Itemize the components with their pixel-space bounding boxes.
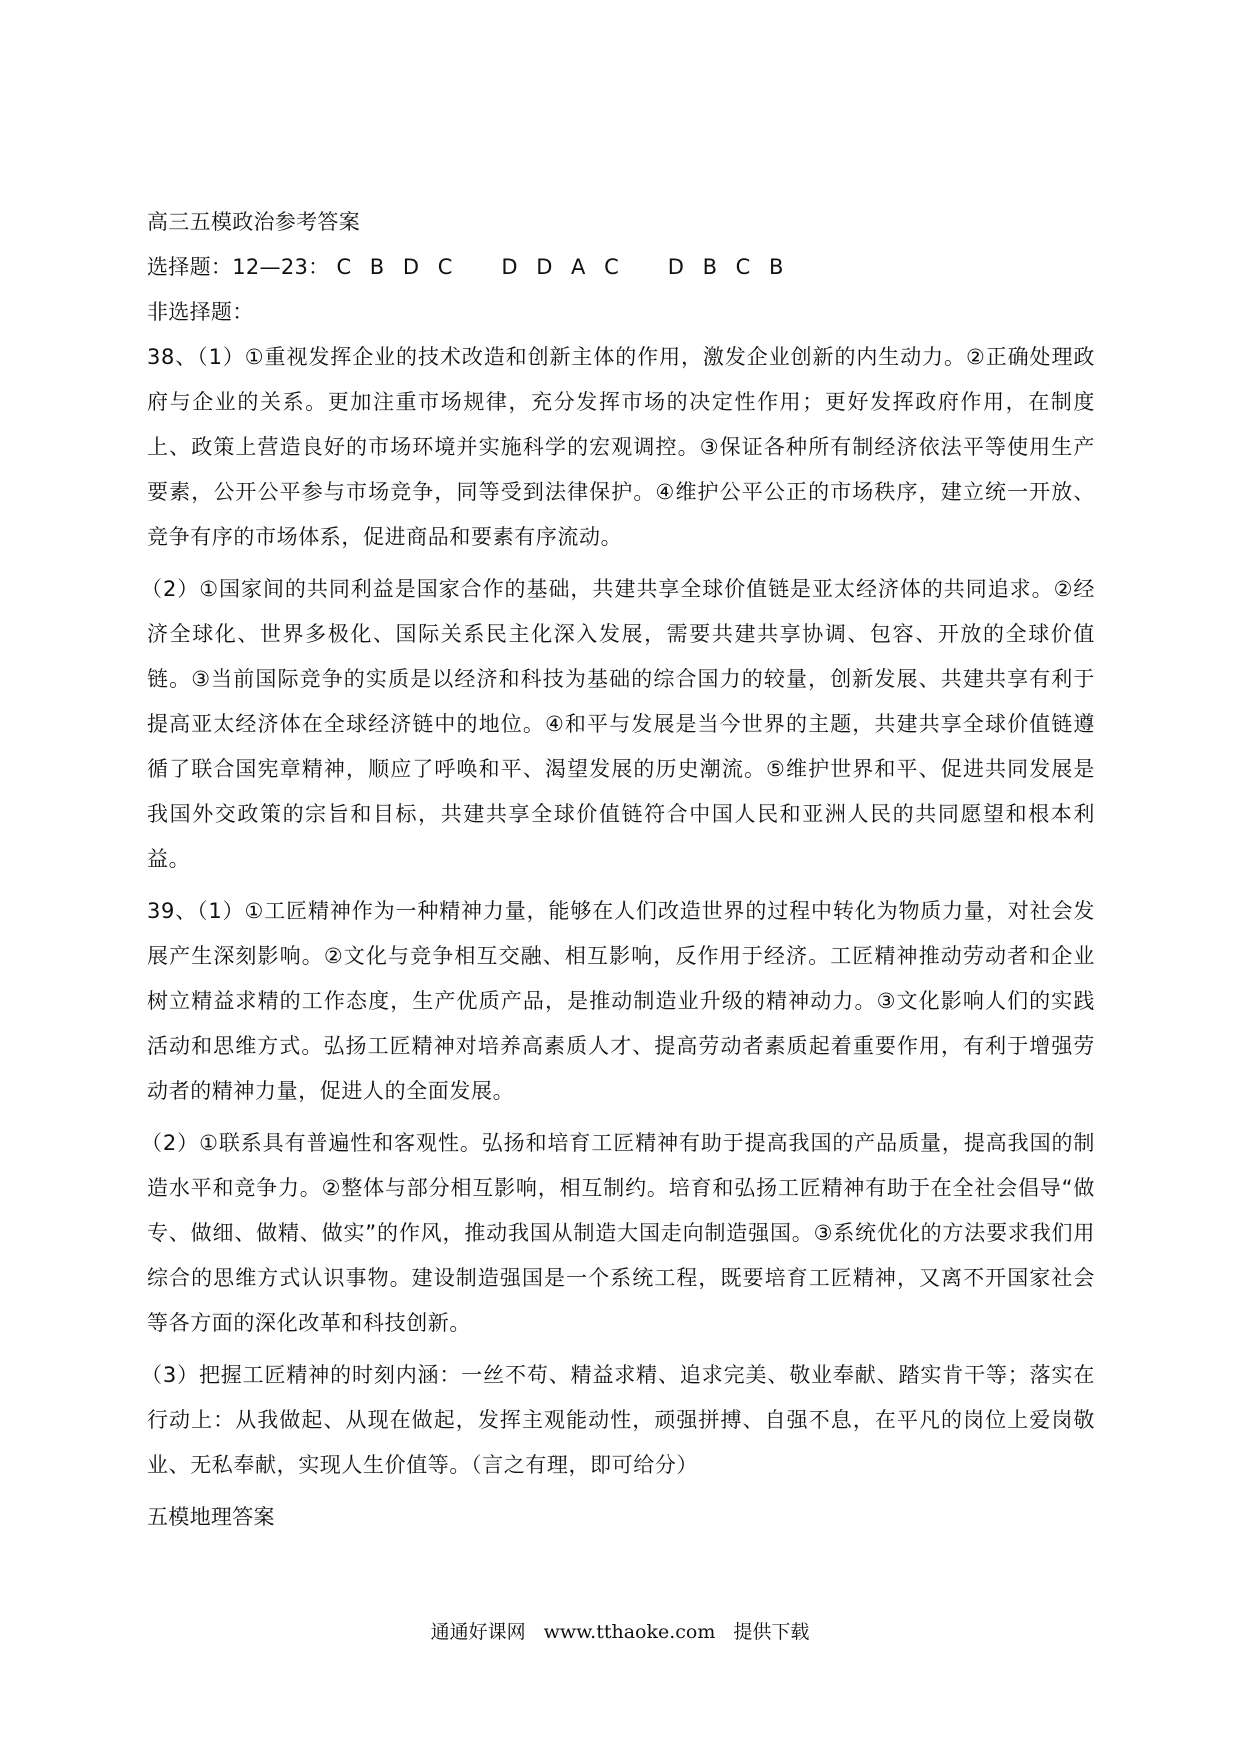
answer-document: 高三五模政治参考答案 选择题：12—23： C B D C D D A C D … <box>147 200 1095 1540</box>
choice-group-2: D D A C <box>501 255 624 279</box>
non-choice-label: 非选择题： <box>147 290 1095 335</box>
q38-part2: （2）①国家间的共同利益是国家合作的基础，共建共享全球价值链是亚太经济体的共同追… <box>147 567 1095 882</box>
footer-suffix: 提供下载 <box>733 1621 809 1643</box>
choice-answers: 选择题：12—23： C B D C D D A C D B C B <box>147 245 1095 290</box>
choice-group-3: D B C B <box>668 255 790 279</box>
choice-label: 选择题：12—23： <box>147 255 329 279</box>
q38-part1: 38、（1）①重视发挥企业的技术改造和创新主体的作用，激发企业创新的内生动力。②… <box>147 335 1095 560</box>
footer-url[interactable]: www.tthaoke.com <box>544 1621 716 1643</box>
q39-part1: 39、（1）①工匠精神作为一种精神力量，能够在人们改造世界的过程中转化为物质力量… <box>147 889 1095 1114</box>
geography-heading: 五模地理答案 <box>147 1495 1095 1540</box>
q39-part2: （2）①联系具有普遍性和客观性。弘扬和培育工匠精神有助于提高我国的产品质量，提高… <box>147 1121 1095 1346</box>
document-title: 高三五模政治参考答案 <box>147 200 1095 245</box>
choice-group-1: C B D C <box>336 255 458 279</box>
q39-part3: （3）把握工匠精神的时刻内涵：一丝不苟、精益求精、追求完美、敬业奉献、踏实肯干等… <box>147 1353 1095 1488</box>
page-footer: 通通好课网 www.tthaoke.com 提供下载 <box>0 1617 1240 1644</box>
footer-site-name: 通通好课网 <box>431 1621 526 1643</box>
